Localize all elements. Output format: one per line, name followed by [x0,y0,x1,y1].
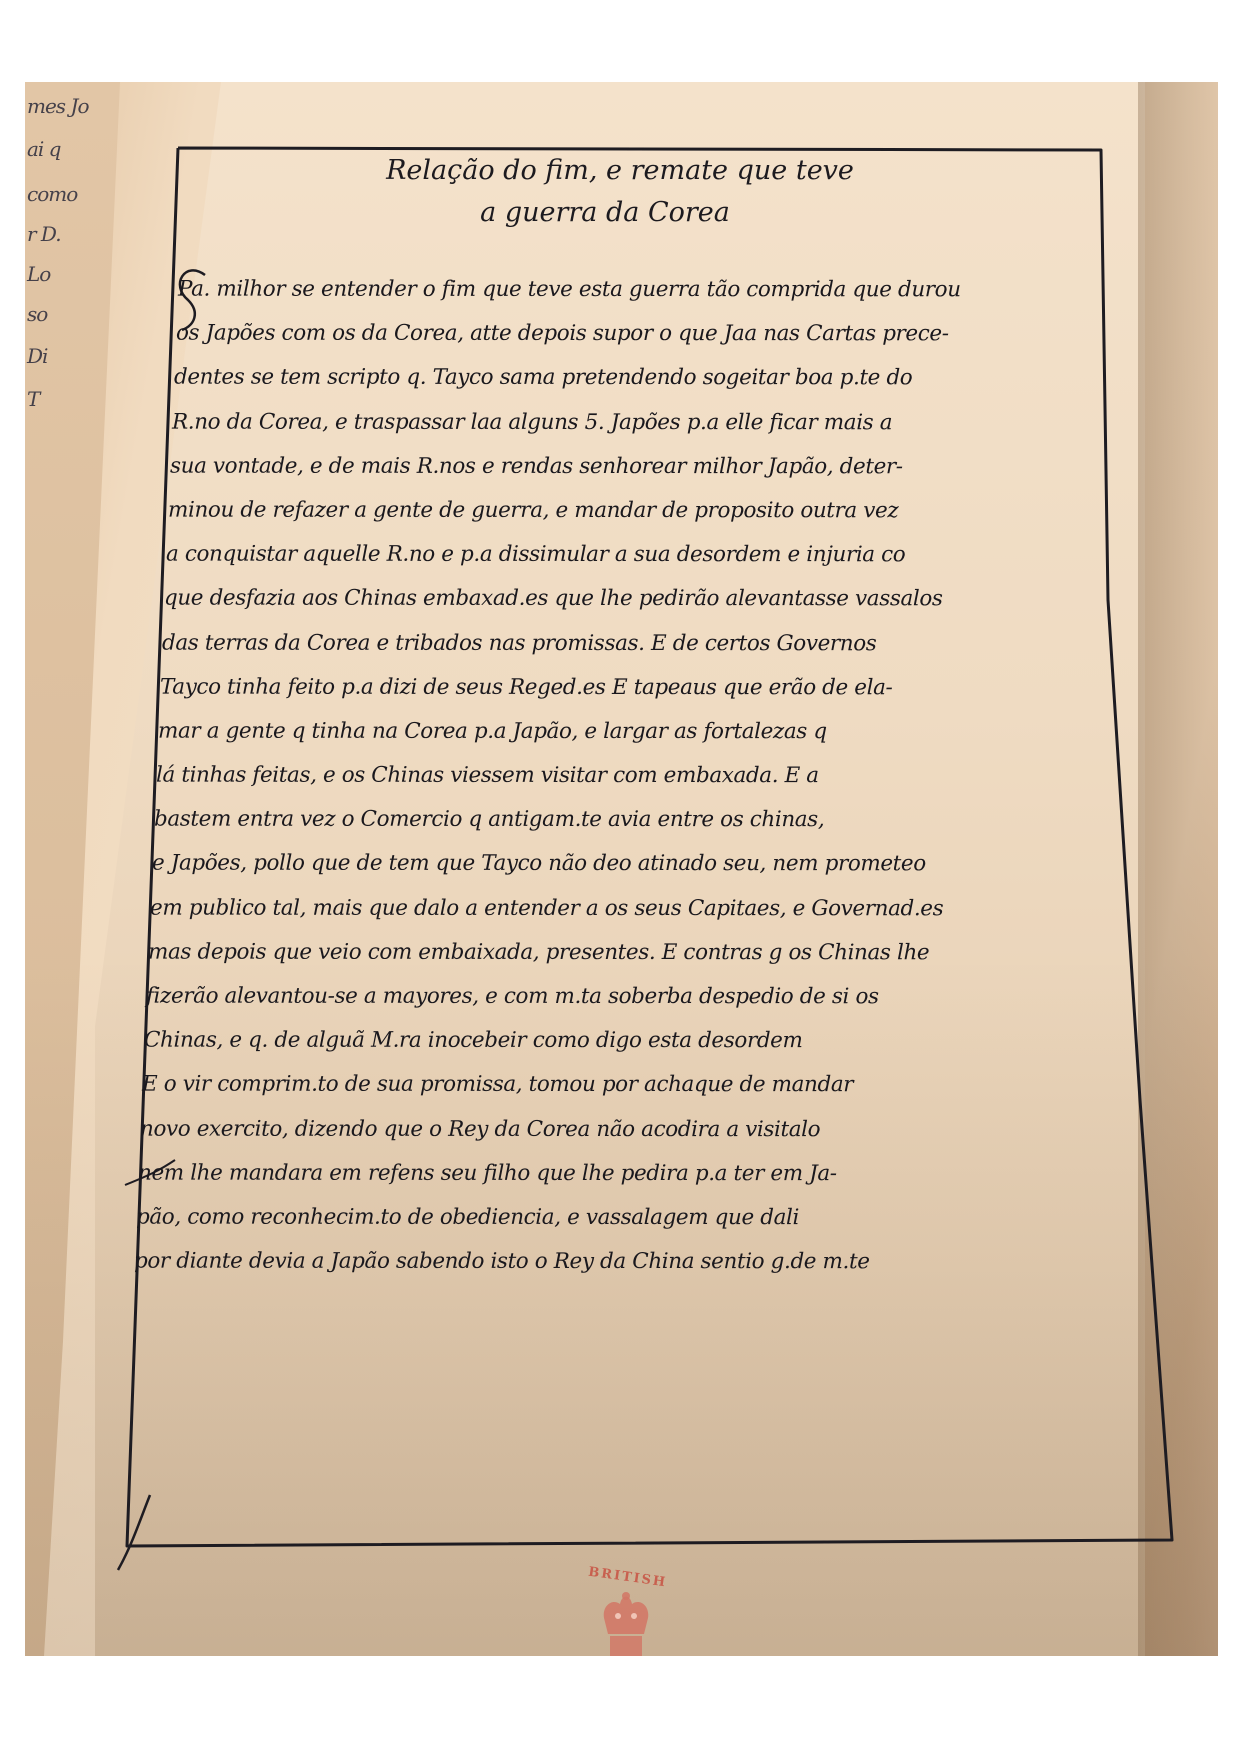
manuscript-body: Pa. milhor se entender o fim que teve es… [168,268,1068,1285]
text-line: a conquistar aquelle R.no e p.a dissimul… [166,533,1068,578]
text-line: os Japões com os da Corea, atte depois s… [176,312,1068,357]
title-line-1: Relação do fim, e remate que teve [340,150,900,192]
text-line: Tayco tinha feito p.a dizi de seus Reged… [160,665,1068,710]
text-line: lá tinhas feitas, e os Chinas viessem vi… [156,754,1068,799]
text-line: R.no da Corea, e traspassar laa alguns 5… [172,400,1068,445]
text-line: dentes se tem scripto q. Tayco sama pret… [174,356,1068,401]
text-line: sua vontade, e de mais R.nos e rendas se… [170,444,1068,489]
text-line: novo exercito, dizendo que o Rey da Core… [140,1107,1068,1152]
text-line: das terras da Corea e tribados nas promi… [162,621,1068,666]
text-line: Chinas, e q. de alguã M.ra inocebeir com… [144,1019,1068,1064]
text-line: que desfazia aos Chinas embaxad.es que l… [164,577,1068,622]
manuscript-title: Relação do fim, e remate que teve a guer… [340,150,900,234]
text-line: minou de refazer a gente de guerra, e ma… [168,489,1068,534]
text-line: por diante devia a Japão sabendo isto o … [134,1240,1068,1285]
crown-icon [598,1588,654,1660]
text-line: fizerão alevantou-se a mayores, e com m.… [146,975,1068,1020]
text-line: E o vir comprim.to de sua promissa, tomo… [142,1063,1068,1108]
text-line: Pa. milhor se entender o fim que teve es… [178,268,1068,313]
library-stamp: BRITISH [568,1570,678,1660]
text-line: nem lhe mandara em refens seu filho que … [138,1151,1068,1196]
title-line-2: a guerra da Corea [310,192,900,234]
text-line: bastem entra vez o Comercio q antigam.te… [154,798,1068,843]
text-line: mas depois que veio com embaixada, prese… [148,930,1068,975]
text-line: em publico tal, mais que dalo a entender… [150,886,1068,931]
text-line: pão, como reconhecim.to de obediencia, e… [136,1196,1068,1241]
text-line: e Japões, pollo que de tem que Tayco não… [152,842,1068,887]
text-line: mar a gente q tinha na Corea p.a Japão, … [158,709,1068,754]
